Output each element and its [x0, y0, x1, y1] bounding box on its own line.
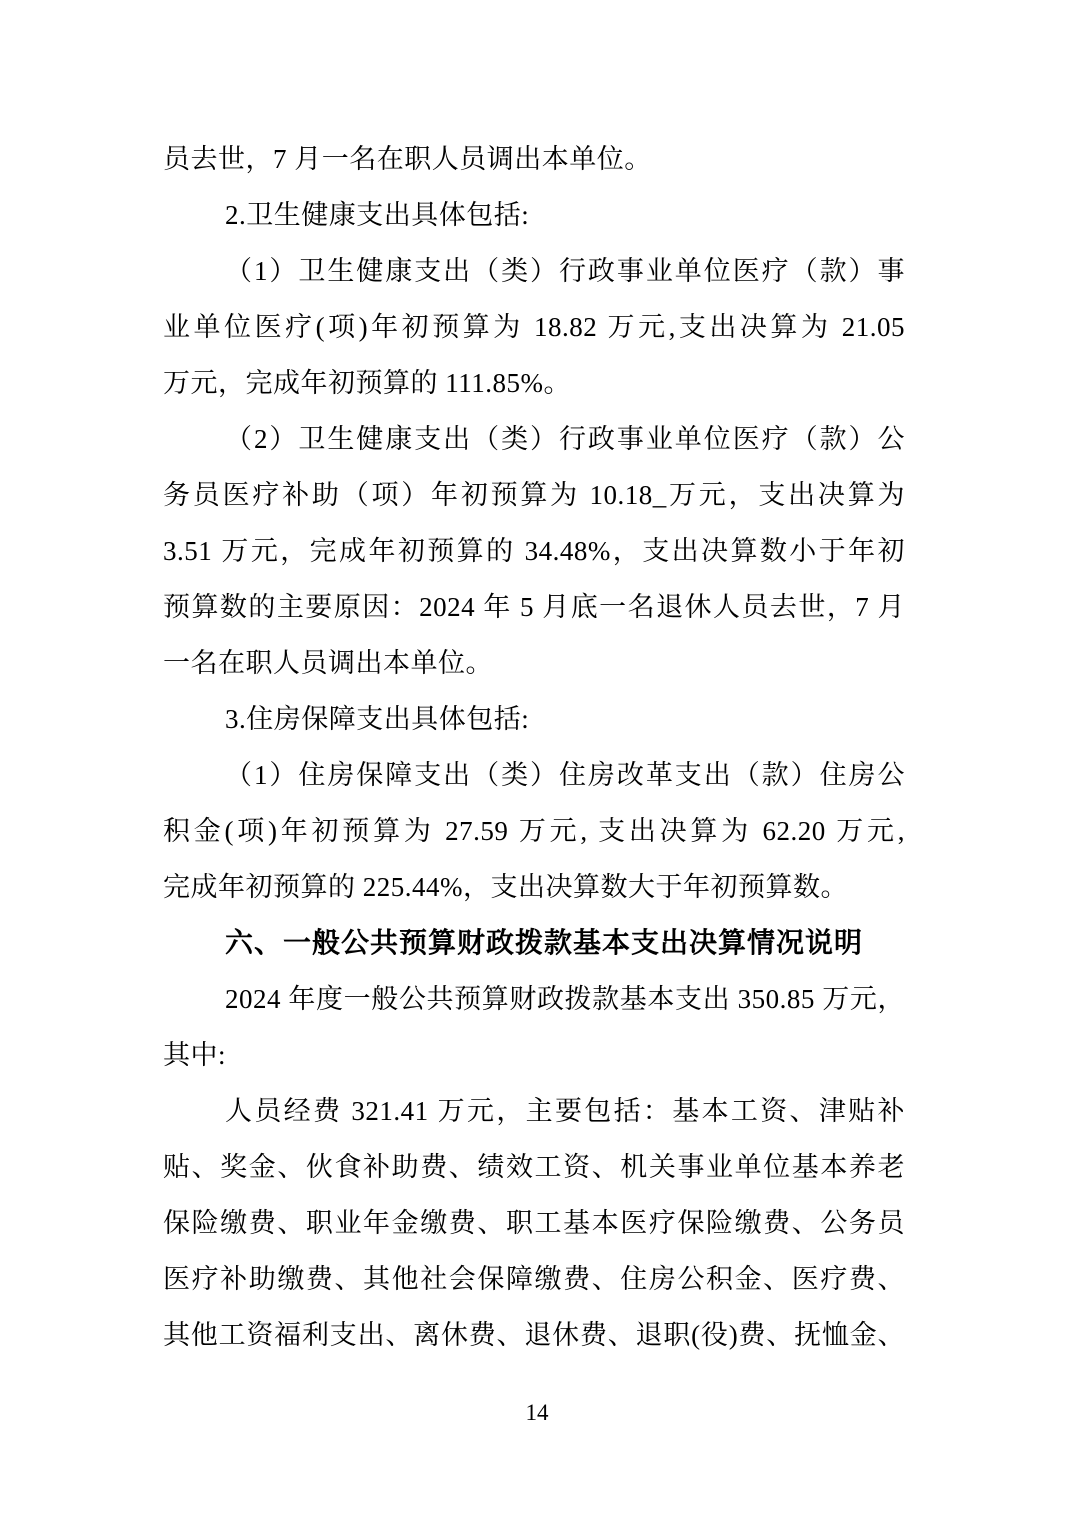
text-line: 其他工资福利支出、离休费、退休费、退职(役)费、抚恤金、 [163, 1307, 905, 1363]
text-line: （2）卫生健康支出（类）行政事业单位医疗（款）公 [163, 411, 905, 467]
text-line: 员去世，7 月一名在职人员调出本单位。 [163, 131, 905, 187]
text-line: 一名在职人员调出本单位。 [163, 635, 905, 691]
text-line: 业单位医疗(项)年初预算为 18.82 万元,支出决算为 21.05 [163, 299, 905, 355]
text-line: 完成年初预算的 225.44%，支出决算数大于年初预算数。 [163, 859, 905, 915]
text-line: 贴、奖金、伙食补助费、绩效工资、机关事业单位基本养老 [163, 1139, 905, 1195]
text-line: 医疗补助缴费、其他社会保障缴费、住房公积金、医疗费、 [163, 1251, 905, 1307]
text-line: 2.卫生健康支出具体包括: [163, 187, 905, 243]
document-body: 员去世，7 月一名在职人员调出本单位。2.卫生健康支出具体包括:（1）卫生健康支… [163, 131, 905, 1363]
text-line: 积金(项)年初预算为 27.59 万元, 支出决算为 62.20 万元, [163, 803, 905, 859]
text-line: 其中: [163, 1027, 905, 1083]
section-heading: 六、一般公共预算财政拨款基本支出决算情况说明 [163, 915, 905, 971]
text-line: 保险缴费、职业年金缴费、职工基本医疗保险缴费、公务员 [163, 1195, 905, 1251]
text-line: 预算数的主要原因：2024 年 5 月底一名退休人员去世，7 月 [163, 579, 905, 635]
text-line: 3.住房保障支出具体包括: [163, 691, 905, 747]
text-line: （1）卫生健康支出（类）行政事业单位医疗（款）事 [163, 243, 905, 299]
text-line: 务员医疗补助（项）年初预算为 10.18_万元，支出决算为 [163, 467, 905, 523]
page-number: 14 [0, 1398, 1074, 1428]
text-line: 万元，完成年初预算的 111.85%。 [163, 355, 905, 411]
text-line: 人员经费 321.41 万元，主要包括：基本工资、津贴补 [163, 1083, 905, 1139]
text-line: （1）住房保障支出（类）住房改革支出（款）住房公 [163, 747, 905, 803]
text-line: 3.51 万元，完成年初预算的 34.48%，支出决算数小于年初 [163, 523, 905, 579]
document-page: 员去世，7 月一名在职人员调出本单位。2.卫生健康支出具体包括:（1）卫生健康支… [0, 0, 1074, 1520]
text-line: 2024 年度一般公共预算财政拨款基本支出 350.85 万元， [163, 971, 905, 1027]
